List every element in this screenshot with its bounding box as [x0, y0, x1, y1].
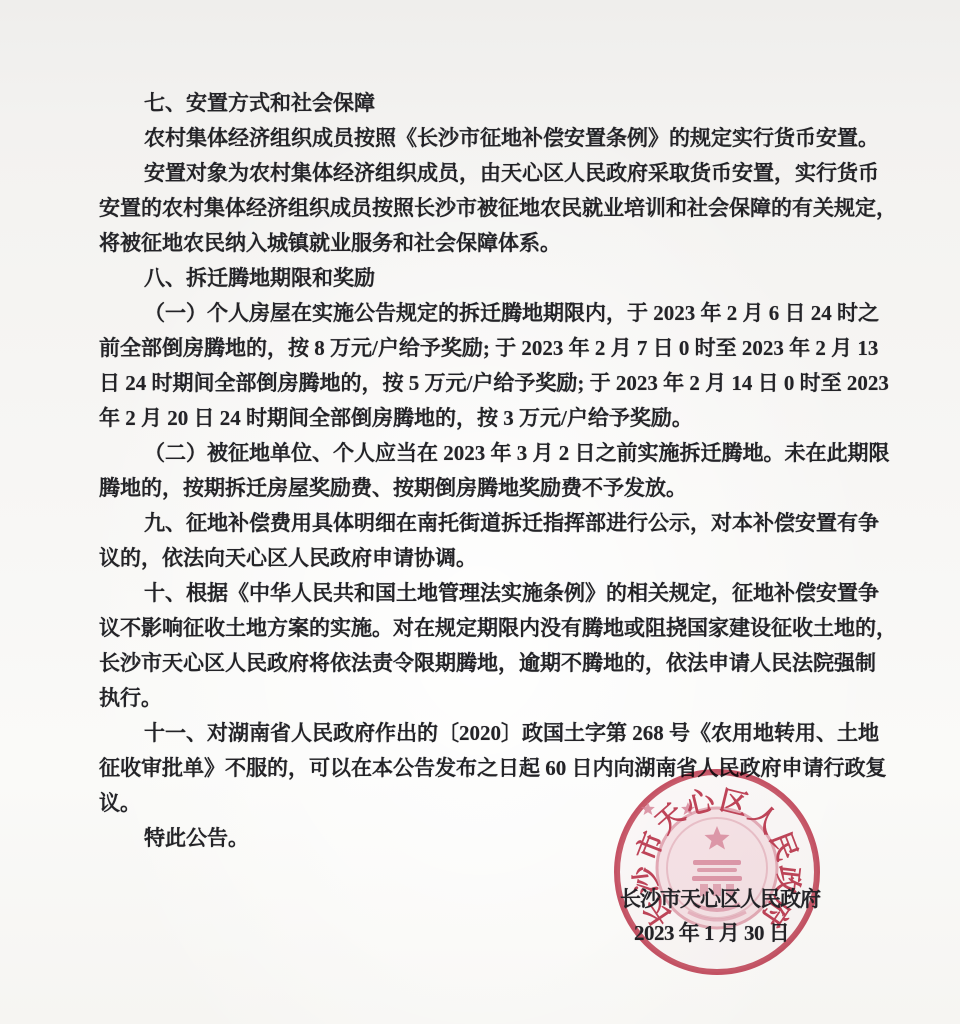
doc-line: 议的，依法向天心区人民政府申请协调。 [99, 541, 895, 576]
signature-issuer: 长沙市天心区人民政府 [620, 883, 820, 913]
official-seal: 长沙市天心区人民政府 [608, 764, 826, 982]
doc-line: 腾地的，按期拆迁房屋奖励费、按期倒房腾地奖励费不予发放。 [99, 471, 895, 506]
doc-line: 七、安置方式和社会保障 [99, 86, 895, 121]
doc-line: （二）被征地单位、个人应当在 2023 年 3 月 2 日之前实施拆迁腾地。未在… [99, 436, 895, 471]
document-page: 七、安置方式和社会保障农村集体经济组织成员按照《长沙市征地补偿安置条例》的规定实… [0, 0, 960, 1024]
doc-line: 议不影响征收土地方案的实施。对在规定期限内没有腾地或阻挠国家建设征收土地的， [99, 611, 895, 646]
doc-line: 日 24 时期间全部倒房腾地的，按 5 万元/户给予奖励; 于 2023 年 2… [99, 366, 895, 401]
signature-date: 2023 年 1 月 30 日 [634, 917, 789, 947]
announcement-text-block: 七、安置方式和社会保障农村集体经济组织成员按照《长沙市征地补偿安置条例》的规定实… [99, 86, 895, 856]
doc-line: 长沙市天心区人民政府将依法责令限期腾地，逾期不腾地的，依法申请人民法院强制 [99, 646, 895, 681]
doc-line: 十、根据《中华人民共和国土地管理法实施条例》的相关规定，征地补偿安置争 [99, 576, 895, 611]
doc-line: 安置的农村集体经济组织成员按照长沙市被征地农民就业培训和社会保障的有关规定， [99, 191, 895, 226]
doc-line: 八、拆迁腾地期限和奖励 [99, 261, 895, 296]
doc-line: 年 2 月 20 日 24 时期间全部倒房腾地的，按 3 万元/户给予奖励。 [99, 401, 895, 436]
doc-line: 安置对象为农村集体经济组织成员，由天心区人民政府采取货币安置，实行货币 [99, 156, 895, 191]
doc-line: 九、征地补偿费用具体明细在南托街道拆迁指挥部进行公示，对本补偿安置有争 [99, 506, 895, 541]
doc-line: 将被征地农民纳入城镇就业服务和社会保障体系。 [99, 226, 895, 261]
doc-line: 前全部倒房腾地的，按 8 万元/户给予奖励; 于 2023 年 2 月 7 日 … [99, 331, 895, 366]
doc-line: （一）个人房屋在实施公告规定的拆迁腾地期限内，于 2023 年 2 月 6 日 … [99, 296, 895, 331]
doc-line: 十一、对湖南省人民政府作出的〔2020〕政国土字第 268 号《农用地转用、土地 [99, 716, 895, 751]
doc-line: 农村集体经济组织成员按照《长沙市征地补偿安置条例》的规定实行货币安置。 [99, 121, 895, 156]
doc-line: 执行。 [99, 681, 895, 716]
